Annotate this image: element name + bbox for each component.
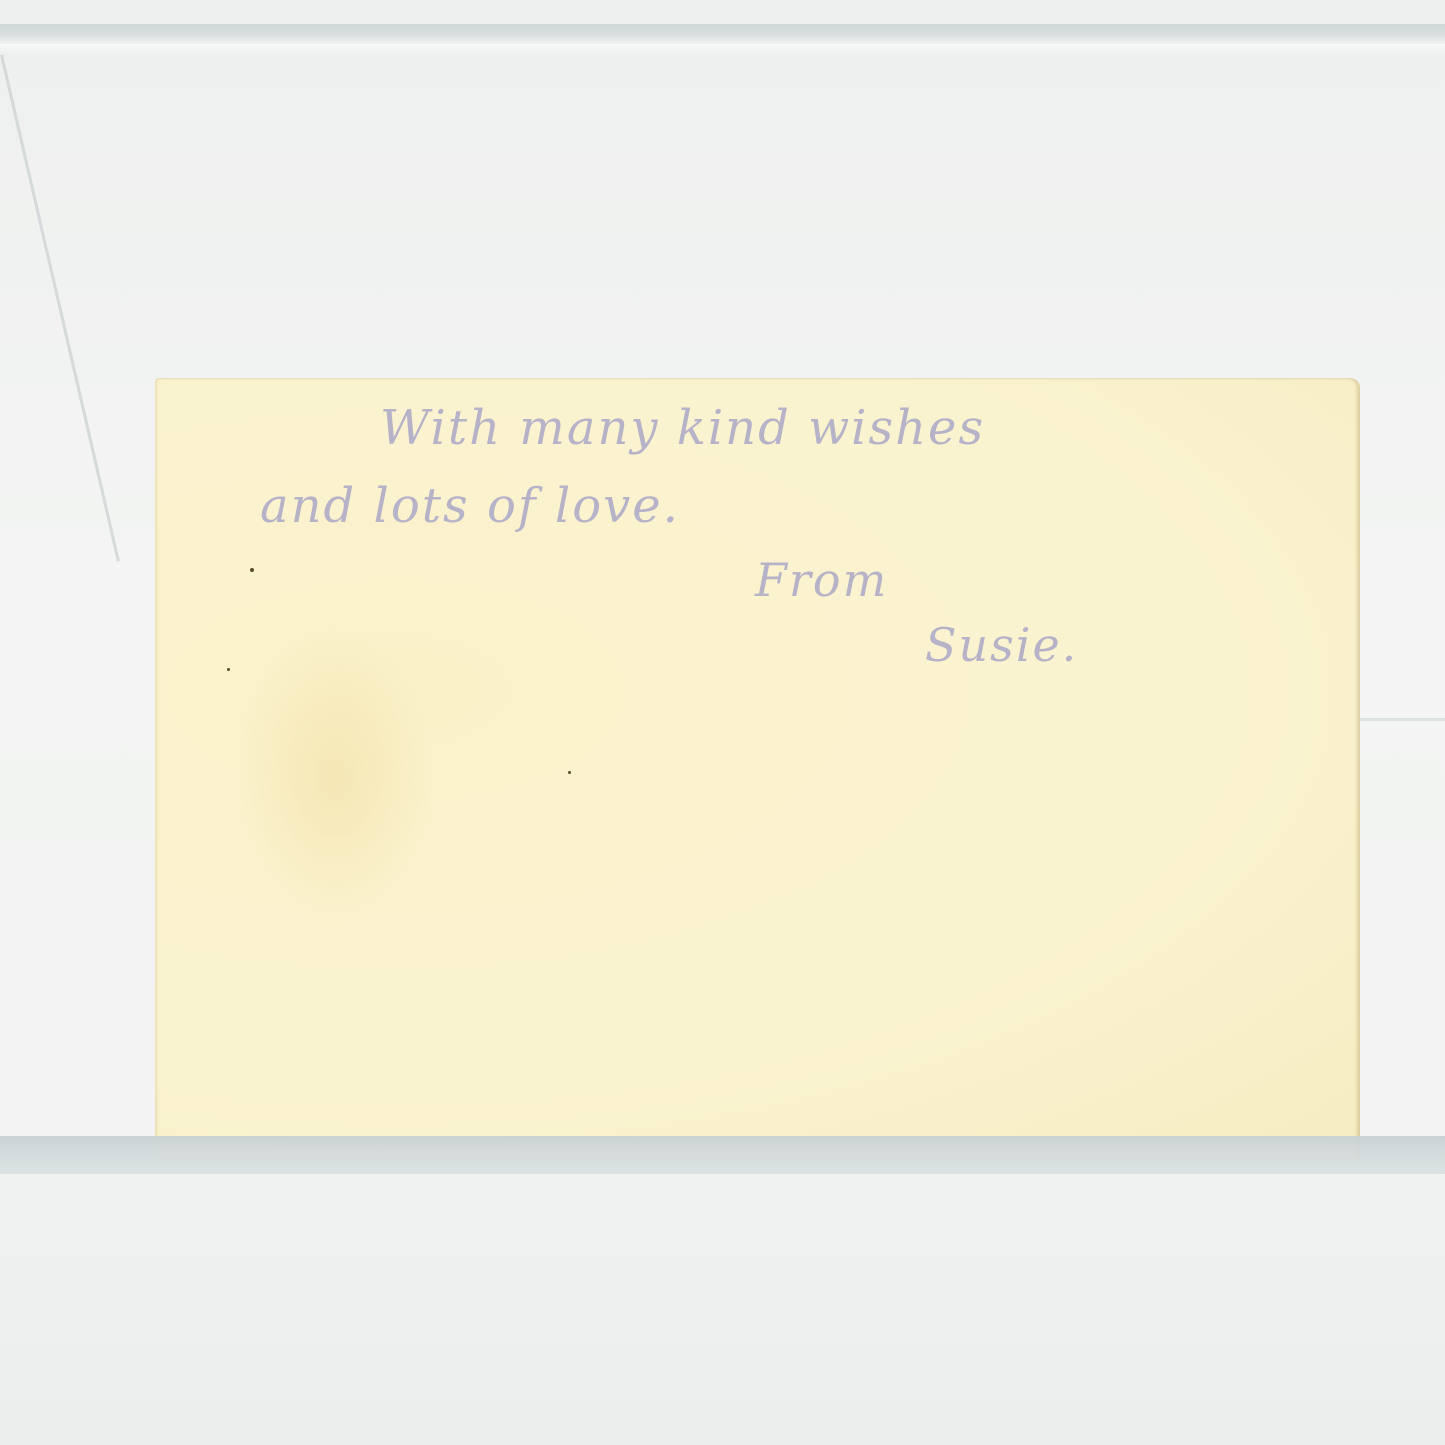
speck [250, 568, 254, 572]
acrylic-holder-ledge [1360, 718, 1445, 721]
handwriting-line-1: With many kind wishes [380, 400, 985, 456]
acrylic-holder-bottom-lip [0, 1136, 1445, 1174]
handwriting-line-2: and lots of love. [260, 478, 680, 534]
acrylic-holder-top-edge [0, 24, 1445, 42]
handwriting-signature: Susie. [925, 618, 1078, 672]
acrylic-holder-highlight [0, 44, 1445, 54]
acrylic-holder-side-edge [0, 54, 120, 561]
age-stain [235, 628, 435, 928]
acrylic-holder-base [0, 1174, 1445, 1445]
vintage-card-back: With many kind wishes and lots of love. … [155, 378, 1360, 1160]
speck [568, 771, 571, 774]
speck [227, 668, 230, 671]
handwriting-line-3: From [755, 553, 888, 607]
